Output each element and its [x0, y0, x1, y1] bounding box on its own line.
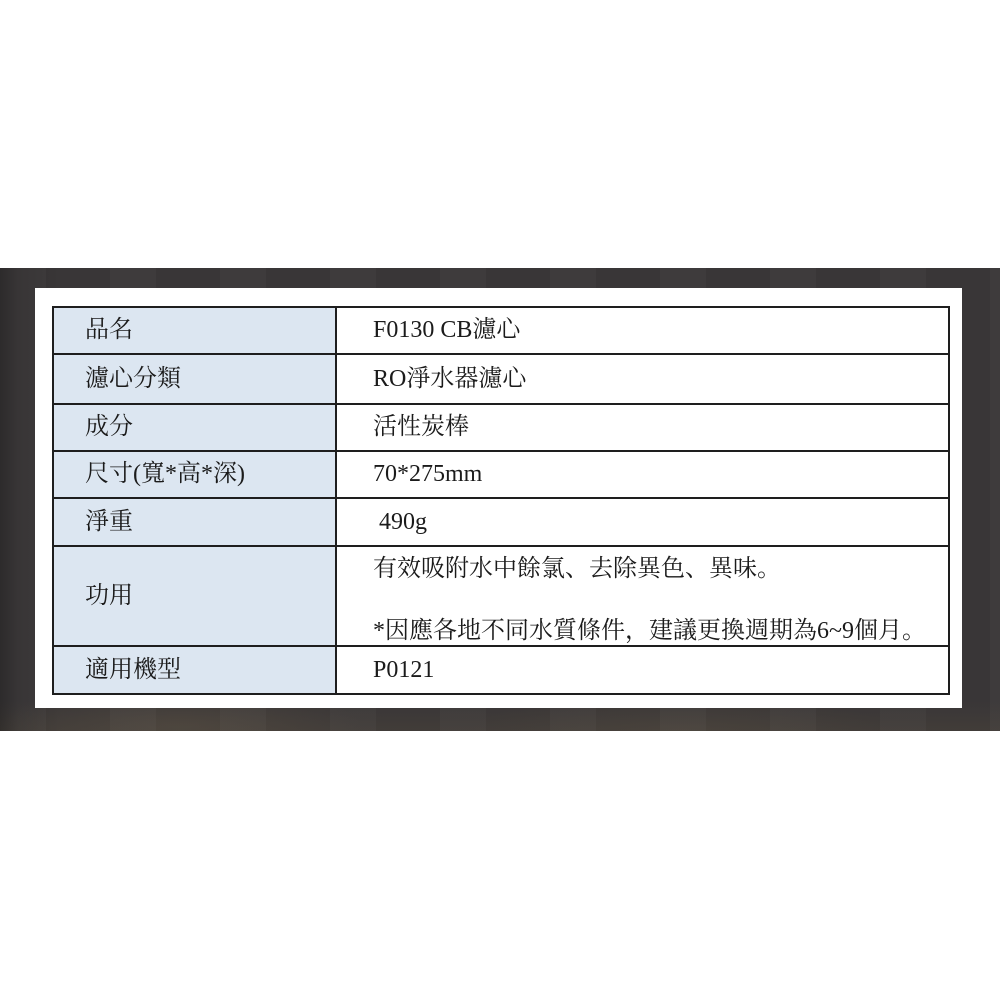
- spec-value: P0121: [373, 657, 434, 683]
- spec-value-cell: F0130 CB濾心: [337, 308, 948, 353]
- spec-value: RO淨水器濾心: [373, 366, 526, 392]
- spec-value-cell: 490g: [337, 499, 948, 545]
- spec-label-cell: 品名: [54, 308, 337, 353]
- spec-card: 品名 F0130 CB濾心 濾心分類 RO淨水器濾心: [35, 288, 962, 708]
- page: 品名 F0130 CB濾心 濾心分類 RO淨水器濾心: [0, 0, 1000, 1000]
- spec-label: 尺寸(寬*高*深): [85, 461, 245, 487]
- table-row-net-weight: 淨重 490g: [54, 499, 948, 547]
- table-row-product-name: 品名 F0130 CB濾心: [54, 308, 948, 355]
- spec-label: 適用機型: [85, 657, 181, 683]
- spec-value-cell: 有效吸附水中餘氯、去除異色、異味。 *因應各地不同水質條件，建議更換週期為6~9…: [337, 547, 948, 645]
- spec-value-cell: 70*275mm: [337, 452, 948, 497]
- spec-value: 490g: [373, 509, 427, 535]
- table-row-filter-category: 濾心分類 RO淨水器濾心: [54, 355, 948, 405]
- spec-label: 成分: [85, 414, 133, 440]
- spec-label: 品名: [85, 317, 133, 343]
- spec-value: 70*275mm: [373, 461, 482, 487]
- spec-value: 活性炭棒: [373, 414, 469, 440]
- spec-value-line2: *因應各地不同水質條件，建議更換週期為6~9個月。: [373, 618, 948, 644]
- spec-label-cell: 濾心分類: [54, 355, 337, 403]
- table-row-applicable-model: 適用機型 P0121: [54, 647, 948, 693]
- spec-label-cell: 適用機型: [54, 647, 337, 693]
- spec-label: 淨重: [85, 509, 133, 535]
- spec-label-cell: 功用: [54, 547, 337, 645]
- table-row-composition: 成分 活性炭棒: [54, 405, 948, 452]
- table-row-dimensions: 尺寸(寬*高*深) 70*275mm: [54, 452, 948, 499]
- spec-label-cell: 淨重: [54, 499, 337, 545]
- spec-label-cell: 成分: [54, 405, 337, 450]
- table-row-function: 功用 有效吸附水中餘氯、去除異色、異味。 *因應各地不同水質條件，建議更換週期為…: [54, 547, 948, 647]
- photo-backdrop: 品名 F0130 CB濾心 濾心分類 RO淨水器濾心: [0, 268, 1000, 731]
- spec-value-cell: P0121: [337, 647, 948, 693]
- spec-value-cell: 活性炭棒: [337, 405, 948, 450]
- spec-label: 濾心分類: [85, 366, 181, 392]
- spec-label: 功用: [85, 583, 133, 609]
- spec-value-line1: 有效吸附水中餘氯、去除異色、異味。: [373, 556, 948, 582]
- spec-value: F0130 CB濾心: [373, 317, 520, 343]
- spec-value-cell: RO淨水器濾心: [337, 355, 948, 403]
- spec-table: 品名 F0130 CB濾心 濾心分類 RO淨水器濾心: [52, 306, 950, 695]
- spec-label-cell: 尺寸(寬*高*深): [54, 452, 337, 497]
